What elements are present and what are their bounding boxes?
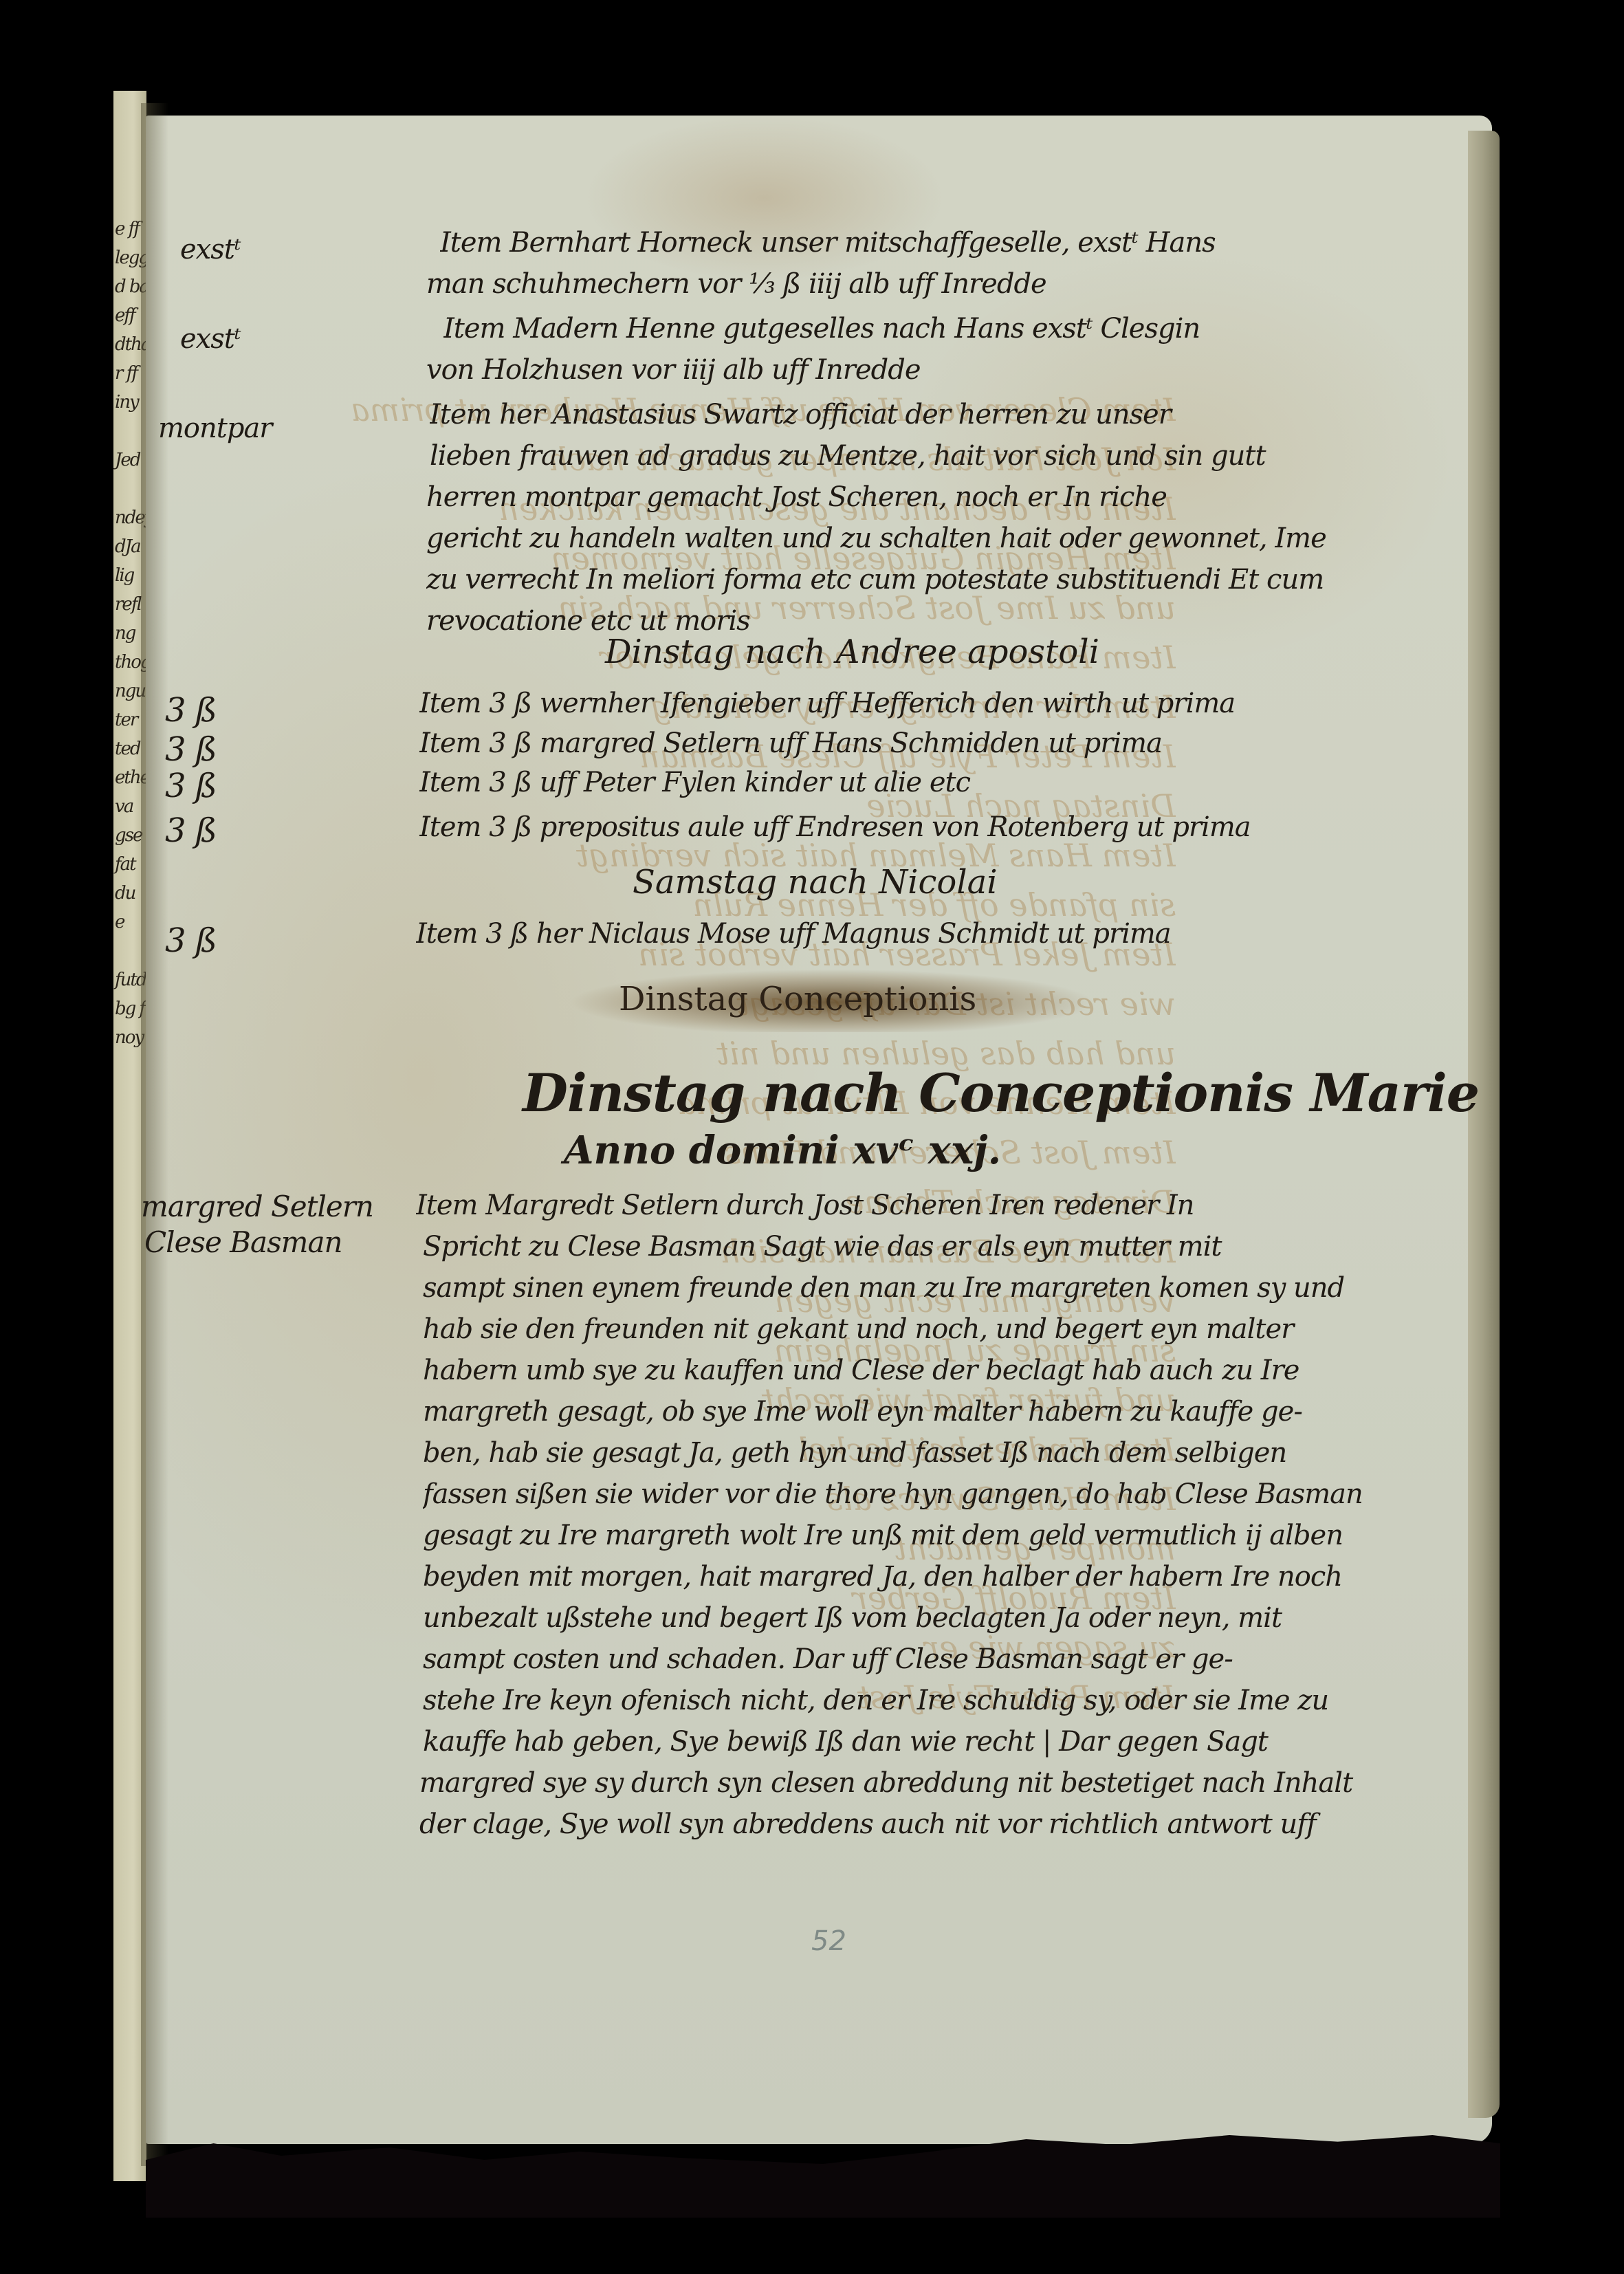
margin-amount-4: 3 ß: [165, 811, 217, 850]
struck-heading-text: Dinstag Conceptionis: [619, 980, 976, 1018]
case-line-14: kauffe hab geben, Sye bewiß Iß dan wie r…: [423, 1726, 1468, 1758]
section-heading-andree: Dinstag nach Andree apostoli: [605, 633, 1099, 671]
margin-note-exstitit-1: exstᵗ: [180, 234, 241, 265]
bottom-edge-damage: [146, 2135, 1500, 2218]
entry-2-line-2: von Holzhusen vor iiij alb uff Inredde: [426, 354, 1471, 386]
case-line-4: hab sie den freunden nit gekant und noch…: [423, 1313, 1468, 1345]
case-line-1: Item Margredt Setlern durch Jost Scheren…: [416, 1190, 1461, 1221]
margin-amount-3: 3 ß: [165, 767, 217, 805]
case-line-3: sampt sinen eynem freunde den man zu Ire…: [423, 1272, 1468, 1304]
entry-1-line-2: man schuhmechern vor ⅓ ß iiij alb uff In…: [426, 268, 1471, 300]
main-heading-year: Anno domini xvᶜ xxj.: [564, 1128, 1001, 1173]
entry-3-line-3: herren montpar gemacht Jost Scheren, noc…: [426, 481, 1471, 513]
margin-note-exstitit-2: exstᵗ: [180, 323, 241, 355]
case-line-9: gesagt zu Ire margreth wolt Ire unß mit …: [423, 1520, 1468, 1551]
section-heading-nicolai: Samstag nach Nicolai: [633, 863, 998, 901]
entry-3-line-2: lieben frauwen ad gradus zu Mentze, hait…: [430, 440, 1475, 472]
case-line-15: margred sye sy durch syn clesen abreddun…: [419, 1767, 1464, 1799]
entry-1-line-1: Item Bernhart Horneck unser mitschaffges…: [440, 227, 1485, 259]
struck-heading-smudge: Dinstag Conceptionis: [571, 966, 1093, 1032]
margin-note-montpar: montpar: [158, 413, 272, 444]
case-line-10: beyden mit morgen, hait margred Ja, den …: [423, 1561, 1468, 1593]
case-line-8: fassen sißen sie wider vor die thore hyn…: [423, 1478, 1468, 1510]
case-line-6: margreth gesagt, ob sye Ime woll eyn mal…: [423, 1396, 1468, 1428]
folio-number: 52: [811, 1925, 846, 1957]
margin-party-plaintiff: margred Setlern: [141, 1190, 373, 1223]
case-line-12: sampt costen und schaden. Dar uff Clese …: [423, 1643, 1468, 1675]
margin-amount-2: 3 ß: [165, 730, 217, 769]
case-line-11: unbezalt ußstehe und begert Iß vom becla…: [423, 1602, 1468, 1634]
case-line-7: ben, hab sie gesagt Ja, geth hyn und fas…: [423, 1437, 1468, 1469]
section-1-item-4: Item 3 ß prepositus aule uff Endresen vo…: [419, 811, 1464, 843]
case-line-16: der clage, Sye woll syn abreddens auch n…: [419, 1808, 1464, 1840]
entry-2-line-1: Item Madern Henne gutgeselles nach Hans …: [443, 313, 1489, 345]
margin-amount-1: 3 ß: [165, 691, 217, 730]
margin-amount-5: 3 ß: [165, 921, 217, 960]
entry-3-line-4: gericht zu handeln walten und zu schalte…: [426, 523, 1471, 554]
main-heading-conceptionis: Dinstag nach Conceptionis Marie: [523, 1062, 1479, 1124]
section-1-item-2: Item 3 ß margred Setlern uff Hans Schmid…: [419, 728, 1464, 759]
entry-3-line-5: zu verrecht In meliori forma etc cum pot…: [426, 564, 1471, 595]
case-line-13: stehe Ire keyn ofenisch nicht, den er Ir…: [423, 1685, 1468, 1716]
margin-party-defendant: Clese Basman: [144, 1225, 342, 1259]
section-2-item-1: Item 3 ß her Niclaus Mose uff Magnus Sch…: [416, 918, 1461, 950]
section-1-item-3: Item 3 ß uff Peter Fylen kinder ut alie …: [419, 767, 1464, 798]
entry-3-line-1: Item her Anastasius Swartz officiat der …: [430, 399, 1475, 430]
section-1-item-1: Item 3 ß wernher Ifengieber uff Hefferic…: [419, 688, 1464, 719]
case-line-5: habern umb sye zu kauffen und Clese der …: [423, 1355, 1468, 1386]
case-line-2: Spricht zu Clese Basman Sagt wie das er …: [423, 1231, 1468, 1262]
